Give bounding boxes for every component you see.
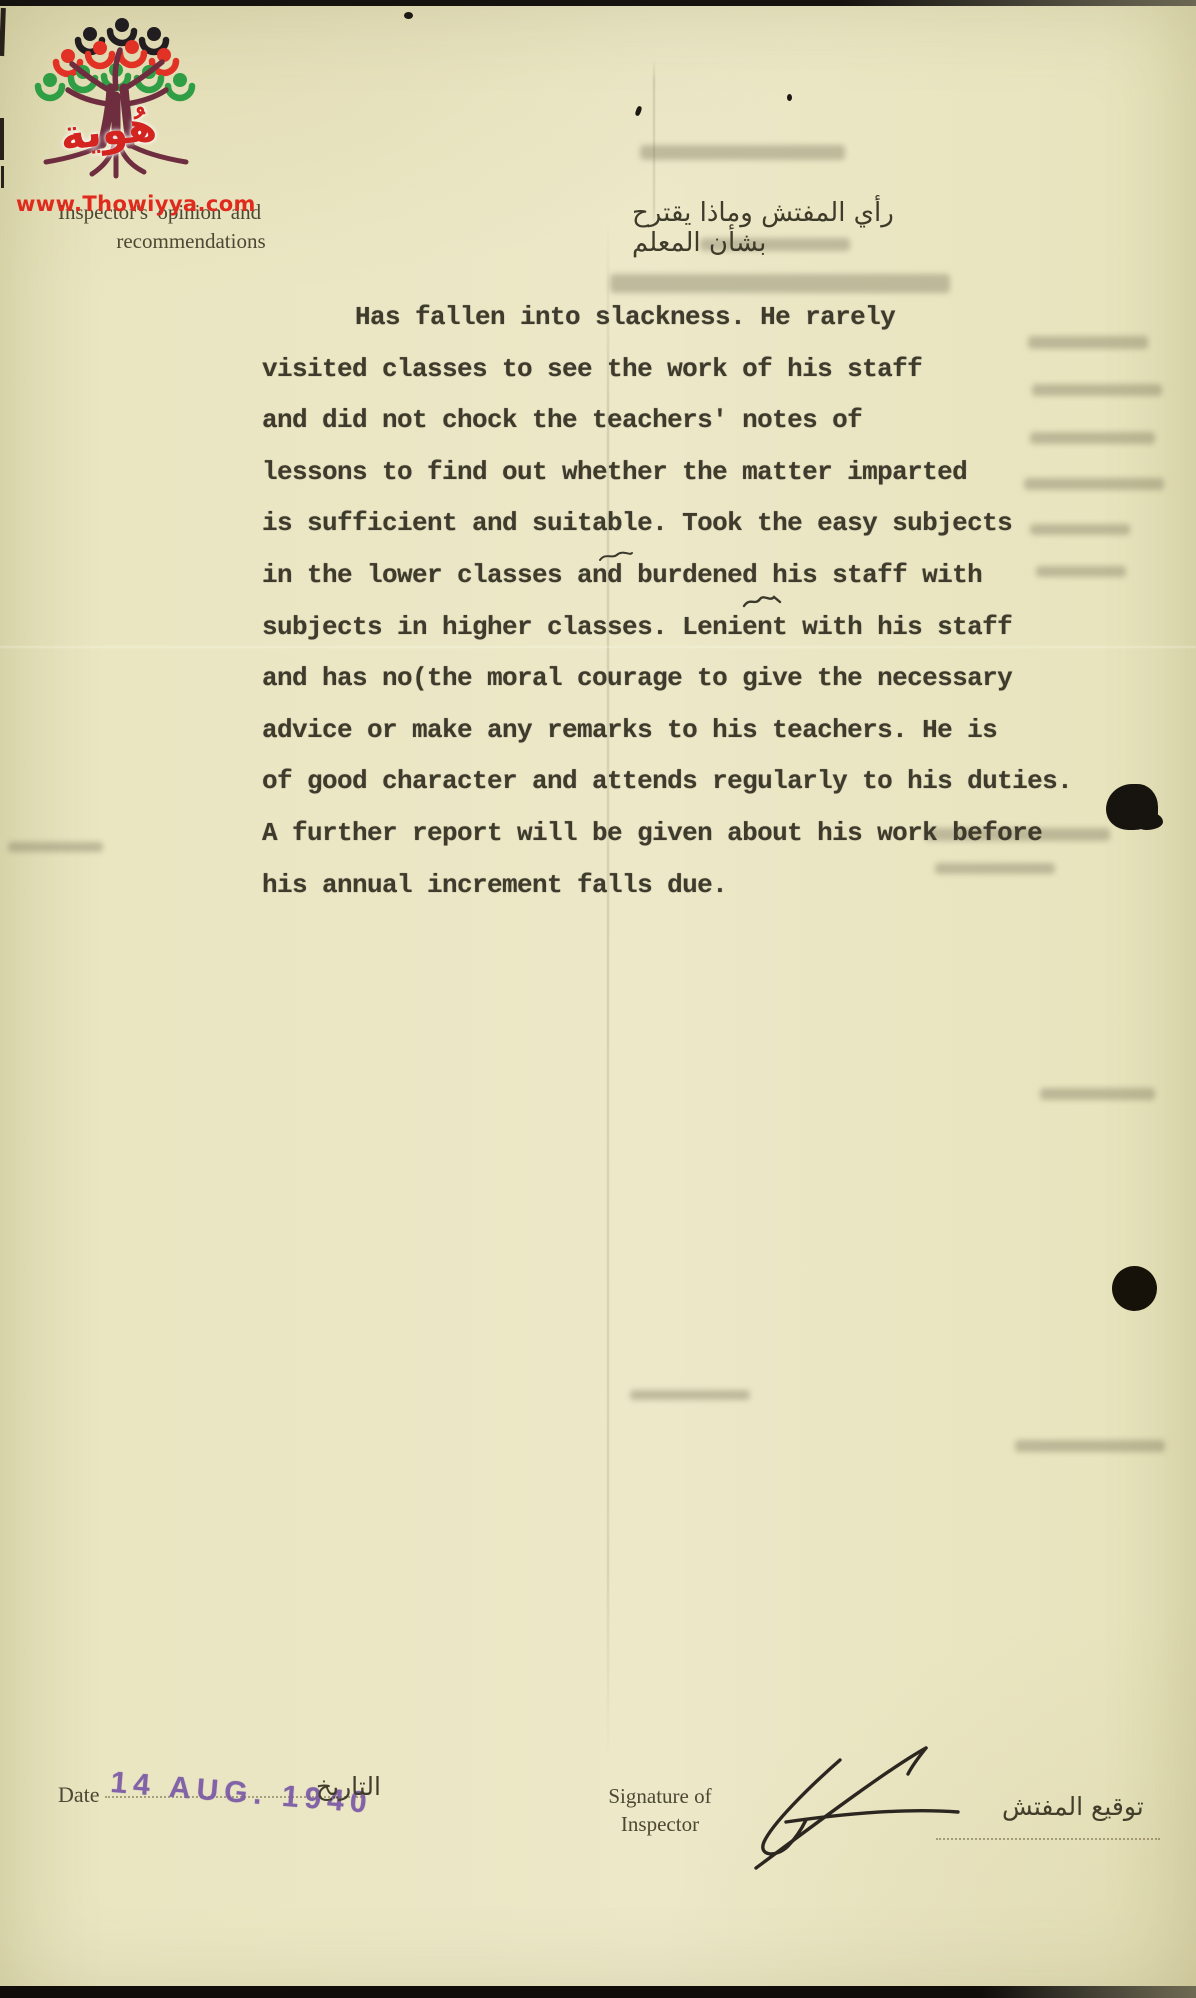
handwritten-correction-mark — [742, 594, 782, 610]
bleedthrough-smudge — [640, 145, 845, 160]
bleedthrough-smudge — [1015, 1440, 1165, 1452]
typed-paragraph: Has fallen into slackness. He rarely vis… — [262, 292, 1142, 911]
date-label-english: Date — [58, 1782, 100, 1808]
section-title-line2: recommendations — [58, 227, 324, 256]
scanned-document-page: هُوية www.Thowiyya.com Inspector's opini… — [0, 0, 1196, 1998]
typed-line: visited classes to see the work of his s… — [262, 344, 1142, 396]
signature-label-arabic: توقيع المفتش — [1002, 1792, 1144, 1821]
typed-line: lessons to find out whether the matter i… — [262, 447, 1142, 499]
typed-line: Has fallen into slackness. He rarely — [262, 292, 1142, 344]
typed-line: advice or make any remarks to his teache… — [262, 705, 1142, 757]
signature-label-english: Signature of Inspector — [580, 1782, 740, 1838]
watermark-site-url: www.Thowiyya.com — [16, 192, 256, 216]
bleedthrough-smudge — [1040, 1088, 1155, 1100]
scan-edge-top — [0, 0, 1196, 6]
ink-blot — [1135, 812, 1163, 830]
bleedthrough-smudge — [8, 842, 103, 852]
handwritten-correction-mark — [598, 550, 634, 564]
punch-hole-dot — [1112, 1266, 1157, 1311]
typed-line: is sufficient and suitable. Took the eas… — [262, 498, 1142, 550]
signature-label-line1: Signature of — [580, 1782, 740, 1810]
scan-edge-bottom — [0, 1986, 1196, 1998]
ink-speck — [787, 94, 792, 101]
typed-line: and has no(the moral courage to give the… — [262, 653, 1142, 705]
signature-label-line2: Inspector — [580, 1810, 740, 1838]
scan-edge-mark — [0, 118, 4, 160]
inspector-signature-flourish — [750, 1738, 965, 1876]
scan-edge-mark — [1, 166, 4, 188]
typed-line: of good character and attends regularly … — [262, 756, 1142, 808]
calligraphy-watermark: هُوية — [58, 101, 159, 160]
bleedthrough-smudge — [610, 274, 950, 293]
typed-line: subjects in higher classes. Lenient with… — [262, 602, 1142, 654]
date-label-arabic: التاريخ — [316, 1772, 381, 1801]
ink-speck — [634, 105, 642, 116]
typed-line: in the lower classes and burdened his st… — [262, 550, 1142, 602]
signature-dotted-line — [936, 1838, 1160, 1840]
typed-line: A further report will be given about his… — [262, 808, 1142, 860]
typed-line: his annual increment falls due. — [262, 860, 1142, 912]
section-title-arabic: رأي المفتش وماذا يقترح بشأن المعلم — [632, 198, 956, 258]
scan-edge-mark — [0, 8, 6, 56]
bleedthrough-smudge — [630, 1390, 750, 1400]
typed-line: and did not chock the teachers' notes of — [262, 395, 1142, 447]
ink-speck — [404, 12, 413, 19]
